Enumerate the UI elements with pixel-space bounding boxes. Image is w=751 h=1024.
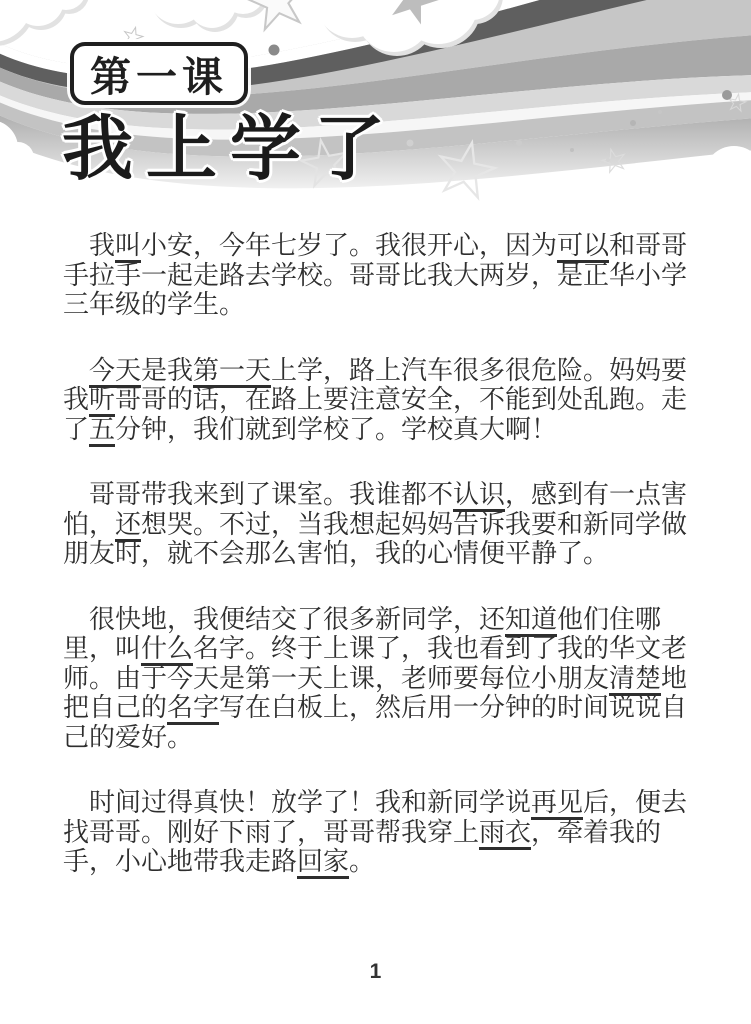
vocab-word: 叫: [115, 230, 141, 263]
lesson-text: 我叫小安，今年七岁了。我很开心，因为可以和哥哥手拉手一起走路去学校。哥哥比我大两…: [63, 231, 690, 913]
paragraph-4: 很快地，我便结交了很多新同学，还知道他们住哪里，叫什么名字。终于上课了，我也看到…: [63, 605, 690, 753]
page-number: 1: [0, 960, 751, 984]
paragraph-1: 我叫小安，今年七岁了。我很开心，因为可以和哥哥手拉手一起走路去学校。哥哥比我大两…: [63, 231, 690, 320]
vocab-word: 第一天: [193, 355, 271, 388]
lesson-badge-label: 第一课: [90, 44, 228, 103]
vocab-word: 清楚: [609, 663, 661, 696]
paragraph-3: 哥哥带我来到了课室。我谁都不认识，感到有一点害怕，还想哭。不过，当我想起妈妈告诉…: [63, 480, 690, 569]
vocab-word: 五: [89, 414, 115, 447]
vocab-word: 认识: [453, 479, 505, 512]
vocab-word: 听: [89, 384, 115, 417]
vocab-word: 回家: [297, 846, 349, 879]
vocab-word: 还: [115, 509, 141, 542]
paragraph-5: 时间过得真快！放学了！我和新同学说再见后，便去找哥哥。刚好下雨了，哥哥帮我穿上雨…: [63, 788, 690, 877]
lesson-badge: 第一课: [70, 42, 248, 105]
vocab-word: 知道: [505, 604, 557, 637]
vocab-word: 雨衣: [479, 817, 531, 850]
textbook-page: 第一课 我上学了 我叫小安，今年七岁了。我很开心，因为可以和哥哥手拉手一起走路去…: [0, 0, 751, 1024]
vocab-word: 什么: [141, 633, 193, 666]
paragraph-2: 今天是我第一天上学，路上汽车很多很危险。妈妈要我听哥哥的话，在路上要注意安全，不…: [63, 356, 690, 445]
vocab-word: 名字: [167, 692, 219, 725]
lesson-title: 我上学了: [62, 114, 398, 185]
vocab-word: 今天: [89, 355, 141, 388]
vocab-word: 可以: [557, 230, 609, 263]
vocab-word: 再见: [531, 787, 583, 820]
